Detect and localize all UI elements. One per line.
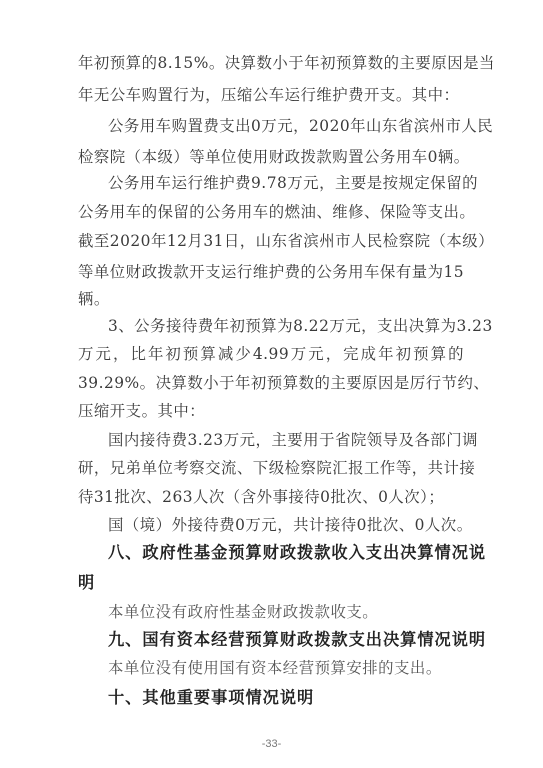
paragraph-line: 截至2020年12月31日，山东省滨州市人民检察院（本级） <box>78 230 464 252</box>
document-page: 年初预算的8.15%。决算数小于年初预算数的主要原因是当 年无公车购置行为，压缩… <box>0 0 543 768</box>
section-heading-10: 十、其他重要事项情况说明 <box>108 686 464 710</box>
section-heading-9: 九、国有资本经营预算财政拨款支出决算情况说明 <box>108 628 464 652</box>
paragraph-line: 年初预算的8.15%。决算数小于年初预算数的主要原因是当 <box>78 52 464 74</box>
paragraph-line: 检察院（本级）等单位使用财政拨款购置公务用车0辆。 <box>78 146 464 168</box>
paragraph-line: 公务用车的保留的公务用车的燃油、维修、保险等支出。 <box>78 201 464 223</box>
paragraph-line: 等单位财政拨款开支运行维护费的公务用车保有量为15 <box>78 261 464 283</box>
paragraph-line: 待31批次、263人次（含外事接待0批次、0人次）； <box>78 486 464 508</box>
paragraph-line: 39.29%。决算数小于年初预算数的主要原因是厉行节约、 <box>78 372 464 394</box>
paragraph-line: 3、公务接待费年初预算为8.22万元，支出决算为3.23 <box>108 315 464 337</box>
section-heading-8: 八、政府性基金预算财政拨款收入支出决算情况说 <box>108 541 464 565</box>
section-heading-8-continued: 明 <box>78 571 434 595</box>
paragraph-line: 研，兄弟单位考察交流、下级检察院汇报工作等，共计接 <box>78 457 464 479</box>
paragraph-line: 万元，比年初预算减少4.99万元，完成年初预算的 <box>78 343 464 365</box>
section-body-9: 本单位没有使用国有资本经营预算安排的支出。 <box>108 657 464 679</box>
paragraph-line: 国（境）外接待费0万元，共计接待0批次、0人次。 <box>108 514 464 536</box>
paragraph-line: 国内接待费3.23万元，主要用于省院领导及各部门调 <box>108 429 464 451</box>
paragraph-line: 公务用车运行维护费9.78万元，主要是按规定保留的 <box>108 172 464 194</box>
paragraph-line: 辆。 <box>78 288 464 310</box>
paragraph-line: 公务用车购置费支出0万元，2020年山东省滨州市人民 <box>108 115 464 137</box>
paragraph-line: 压缩开支。其中： <box>78 400 464 422</box>
section-body-8: 本单位没有政府性基金财政拨款收支。 <box>108 601 464 623</box>
paragraph-line: 年无公车购置行为，压缩公车运行维护费开支。其中： <box>78 84 464 106</box>
page-number: -33- <box>0 738 543 750</box>
